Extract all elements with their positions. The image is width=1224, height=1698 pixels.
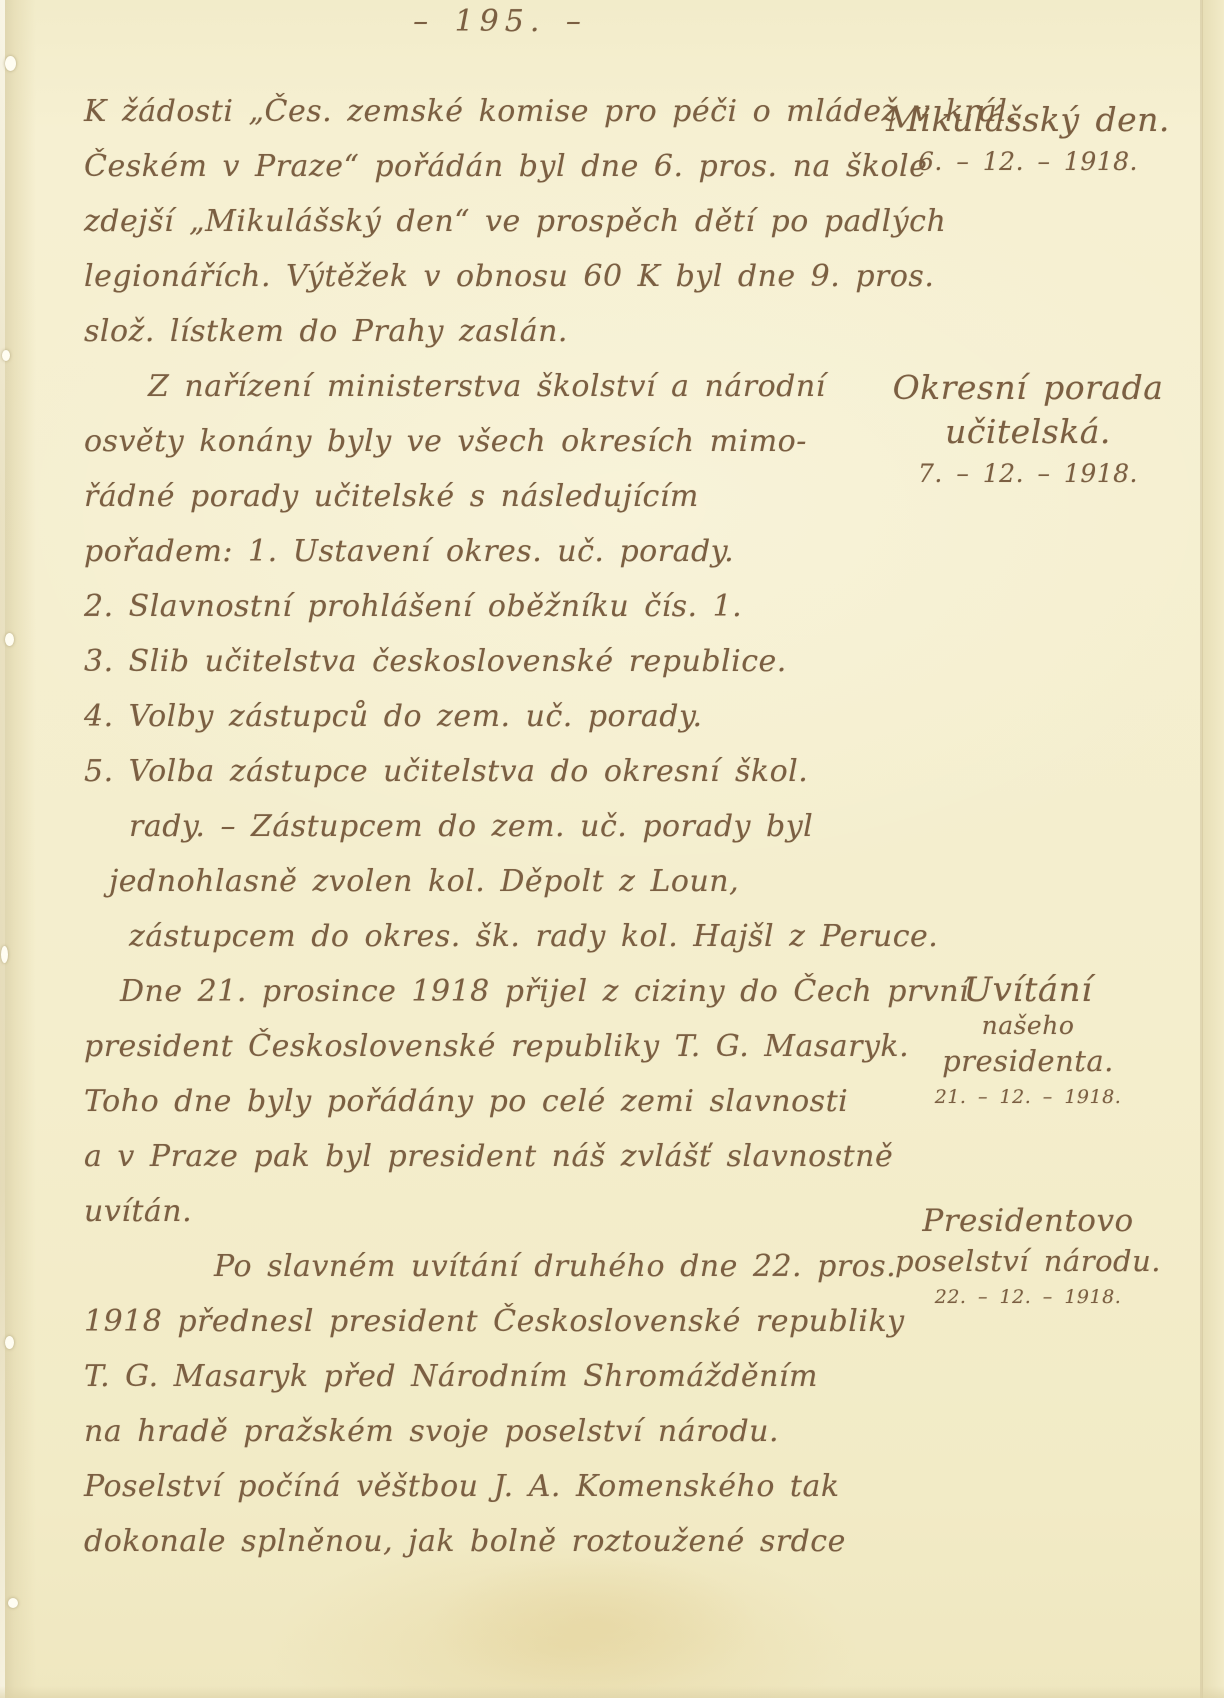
margin-note-title: Okresní porada — [852, 366, 1204, 410]
manuscript-line: Dne 21. prosince 1918 přijel z ciziny do… — [84, 964, 924, 1019]
manuscript-line: Českém v Praze“ pořádán byl dne 6. pros.… — [84, 139, 924, 194]
margin-note-title: poselství národu. — [852, 1242, 1204, 1280]
paper-edge-right — [1202, 0, 1224, 1698]
manuscript-line: 1918 přednesl president Československé r… — [84, 1294, 924, 1349]
manuscript-line: na hradě pražském svoje poselství národu… — [84, 1404, 924, 1459]
paper-blemish — [5, 1336, 14, 1349]
margin-note-title: Mikulášský den. — [852, 98, 1204, 142]
manuscript-page: – 195. – K žádosti „Čes. zemské komise p… — [0, 0, 1224, 1698]
paper-stain — [430, 1555, 760, 1695]
paper-edge-right-crease — [1200, 0, 1203, 1698]
manuscript-line: a v Praze pak byl president náš zvlášť s… — [84, 1129, 924, 1184]
paper-blemish — [2, 350, 10, 361]
manuscript-line: dokonale splněnou, jak bolně roztoužené … — [84, 1514, 924, 1569]
manuscript-line: Z nařízení ministerstva školství a národ… — [84, 359, 924, 414]
margin-note-date: 6. – 12. – 1918. — [852, 142, 1204, 182]
manuscript-line: 3. Slib učitelstva československé republ… — [84, 634, 924, 689]
paper-edge-left — [0, 0, 36, 1698]
manuscript-line: president Československé republiky T. G.… — [84, 1019, 924, 1074]
manuscript-line: pořadem: 1. Ustavení okres. uč. porady. — [84, 524, 924, 579]
margin-note-title: Uvítání — [852, 970, 1204, 1010]
margin-note-date: 21. – 12. – 1918. — [852, 1080, 1204, 1114]
margin-note-date: 7. – 12. – 1918. — [852, 454, 1204, 494]
margin-note-title: presidenta. — [852, 1042, 1204, 1080]
manuscript-line: 4. Volby zástupců do zem. uč. porady. — [84, 689, 924, 744]
margin-note-date: 22. – 12. – 1918. — [852, 1280, 1204, 1314]
margin-note-title: našeho — [852, 1010, 1204, 1042]
paper-blemish — [5, 56, 16, 71]
manuscript-line: 2. Slavnostní prohlášení oběžníku čís. 1… — [84, 579, 924, 634]
margin-note-presidentovo-poselstvi: Presidentovo poselství národu. 22. – 12.… — [852, 1200, 1204, 1314]
manuscript-line: uvítán. — [84, 1184, 924, 1239]
manuscript-line: zdejší „Mikulášský den“ ve prospěch dětí… — [84, 194, 924, 249]
paper-blemish — [5, 633, 14, 646]
manuscript-line: jednohlasně zvolen kol. Děpolt z Loun, — [84, 854, 924, 909]
margin-note-title: Presidentovo — [852, 1200, 1204, 1242]
manuscript-line: zástupcem do okres. šk. rady kol. Hajšl … — [84, 909, 924, 964]
manuscript-line: Toho dne byly pořádány po celé zemi slav… — [84, 1074, 924, 1129]
manuscript-line: řádné porady učitelské s následujícím — [84, 469, 924, 524]
page-number: – 195. – — [340, 4, 660, 39]
manuscript-line: K žádosti „Čes. zemské komise pro péči o… — [84, 84, 924, 139]
manuscript-line: osvěty konány byly ve všech okresích mim… — [84, 414, 924, 469]
paper-edge-left-highlight — [0, 0, 5, 1698]
margin-note-title: učitelská. — [852, 410, 1204, 454]
manuscript-line: legionářích. Výtěžek v obnosu 60 K byl d… — [84, 249, 924, 304]
margin-note-okresni-porada: Okresní porada učitelská. 7. – 12. – 191… — [852, 366, 1204, 494]
manuscript-line: T. G. Masaryk před Národním Shromážděním — [84, 1349, 924, 1404]
manuscript-line: rady. – Zástupcem do zem. uč. porady byl — [84, 799, 924, 854]
manuscript-line: 5. Volba zástupce učitelstva do okresní … — [84, 744, 924, 799]
margin-note-uvitani-presidenta: Uvítání našeho presidenta. 21. – 12. – 1… — [852, 970, 1204, 1114]
manuscript-line: slož. lístkem do Prahy zaslán. — [84, 304, 924, 359]
paper-blemish — [1, 946, 8, 963]
margin-note-mikulassky-den: Mikulášský den. 6. – 12. – 1918. — [852, 98, 1204, 182]
paper-blemish — [8, 1598, 18, 1608]
body-text: K žádosti „Čes. zemské komise pro péči o… — [84, 84, 924, 1569]
manuscript-line: Poselství počíná věštbou J. A. Komenskéh… — [84, 1459, 924, 1514]
manuscript-line: Po slavném uvítání druhého dne 22. pros. — [84, 1239, 924, 1294]
